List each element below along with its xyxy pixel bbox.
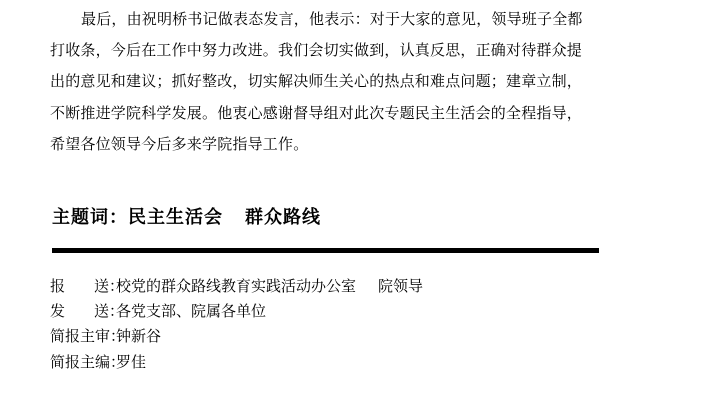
paragraph-line: 不断推进学院科学发展。他衷心感谢督导组对此次专题民主生活会的全程指导， xyxy=(50,100,582,126)
paragraph-line: 希望各位领导今后多来学院指导工作。 xyxy=(50,131,308,157)
footer-value: 各党支部、院属各单位 xyxy=(116,302,266,320)
footer-row-editor: 简报主编：罗佳 xyxy=(50,350,146,375)
subject-keywords: 主题词：民主生活会群众路线 xyxy=(52,204,321,232)
footer-value: 罗佳 xyxy=(116,353,146,371)
keyword-term: 民主生活会 xyxy=(128,207,223,228)
divider-rule xyxy=(52,248,599,253)
footer-row-send-to: 报送：校党的群众路线教育实践活动办公室院领导 xyxy=(50,274,423,299)
paragraph-line: 出的意见和建议；抓好整改，切实解决师生关心的热点和难点问题；建章立制， xyxy=(50,68,582,94)
footer-value: 校党的群众路线教育实践活动办公室院领导 xyxy=(116,277,423,295)
footer-label: 简报主审： xyxy=(50,324,116,349)
footer-row-reviewer: 简报主审：钟新谷 xyxy=(50,324,161,349)
keyword-term: 群众路线 xyxy=(245,207,321,228)
footer-label: 报送： xyxy=(50,274,116,299)
footer-value: 钟新谷 xyxy=(116,327,161,345)
paragraph-line: 最后，由祝明桥书记做表态发言，他表示：对于大家的意见，领导班子全都 xyxy=(81,6,583,32)
footer-label: 简报主编： xyxy=(50,350,116,375)
footer-row-distribute-to: 发送：各党支部、院属各单位 xyxy=(50,299,266,324)
footer-label: 发送： xyxy=(50,299,116,324)
paragraph-line: 打收条，今后在工作中努力改进。我们会切实做到，认真反思，正确对待群众提 xyxy=(50,37,582,63)
keywords-label: 主题词： xyxy=(52,207,128,228)
